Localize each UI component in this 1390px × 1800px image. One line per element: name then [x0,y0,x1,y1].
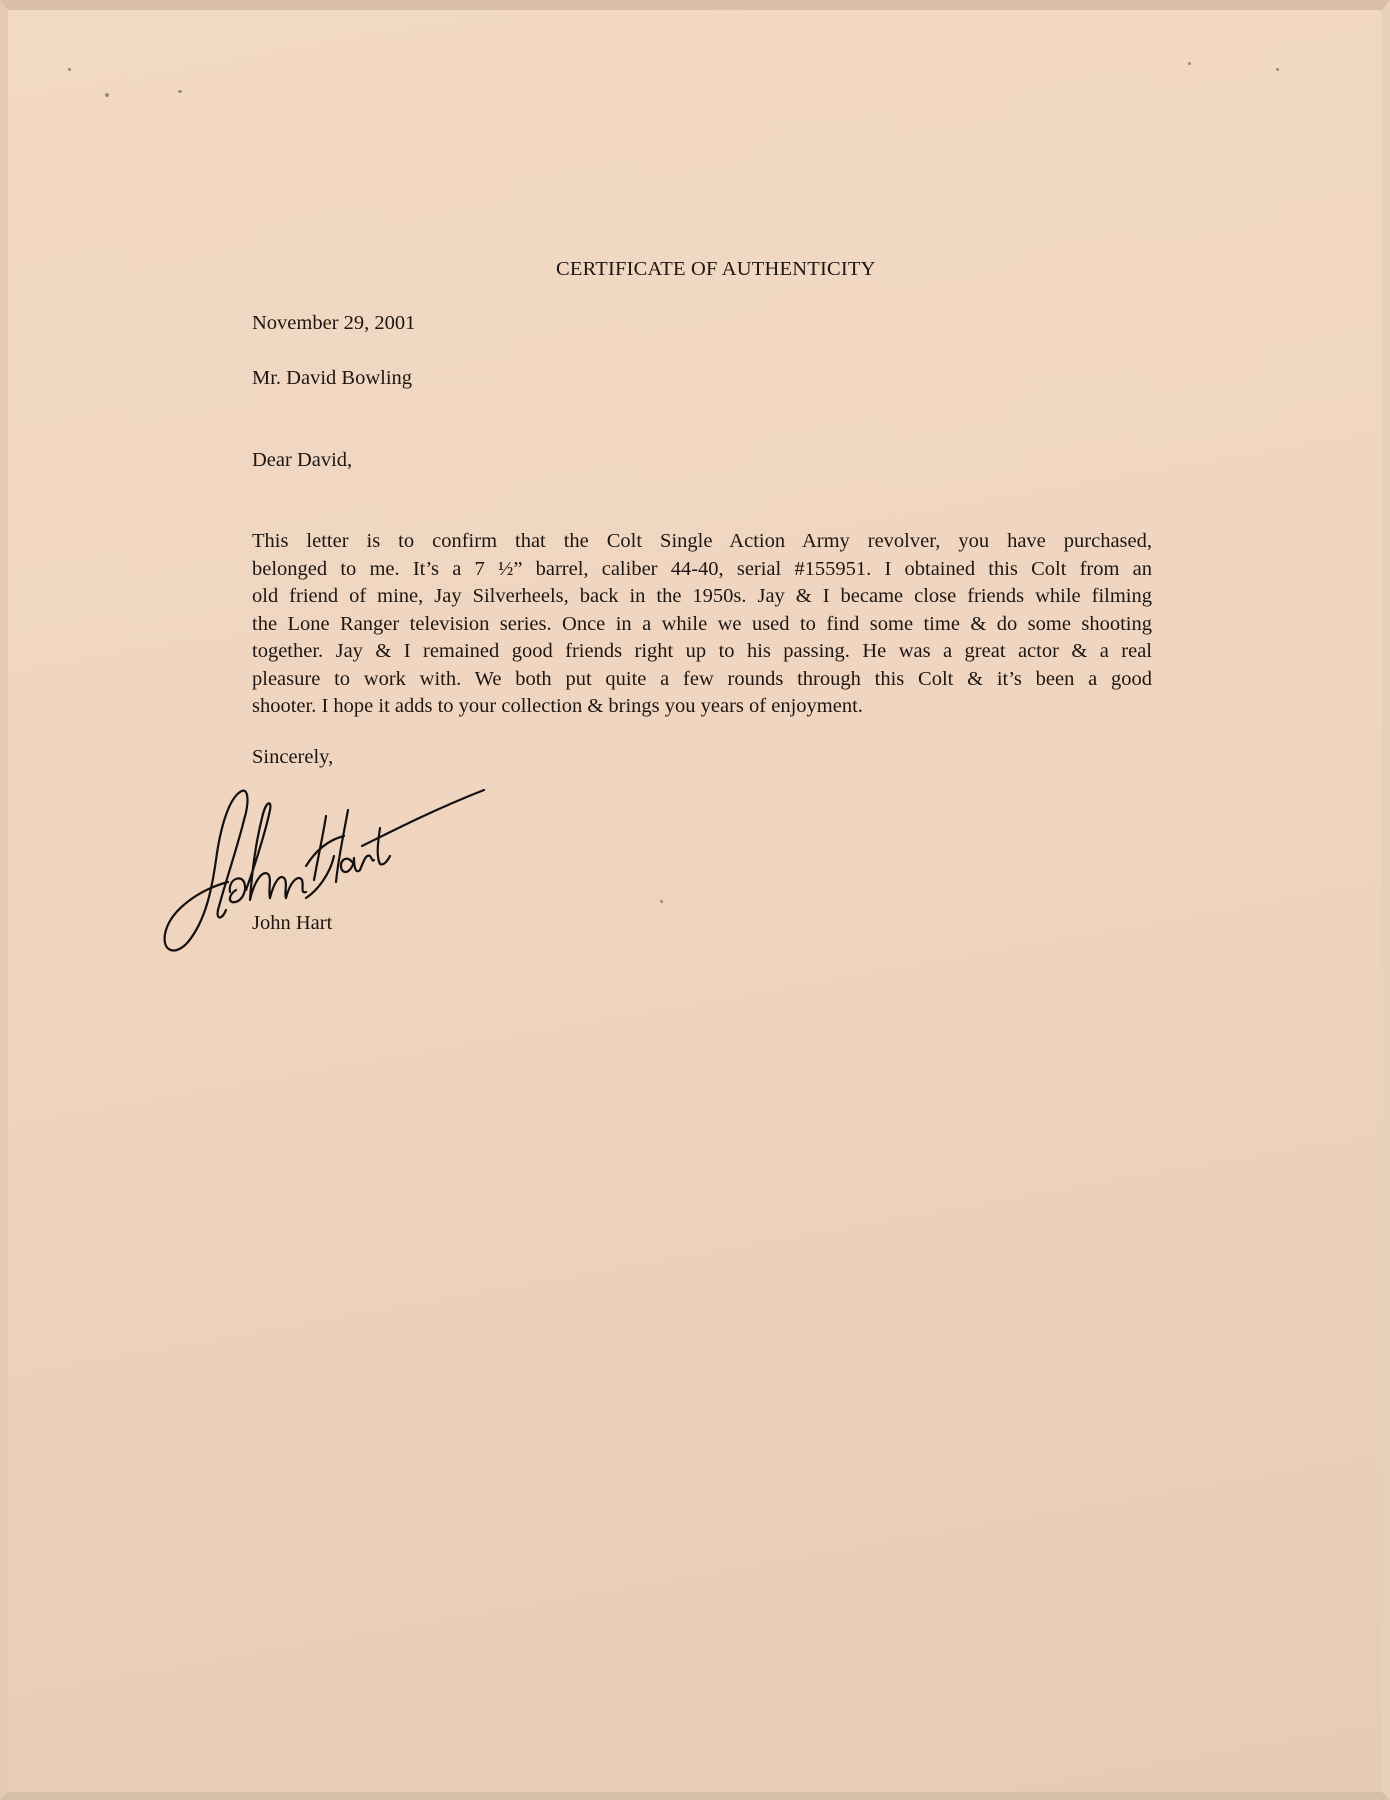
salutation: Dear David, [252,447,352,474]
document-title: CERTIFICATE OF AUTHENTICITY [556,256,876,283]
paper-speck [1188,62,1191,65]
body-line: together. Jay & I remained good friends … [252,638,1152,666]
paper-speck [68,68,71,71]
body-line: the Lone Ranger television series. Once … [252,611,1152,639]
printed-name: John Hart [252,910,332,937]
paper-speck [1276,68,1279,71]
letter-body: This letter is to confirm that the Colt … [252,528,1152,721]
recipient-name: Mr. David Bowling [252,365,412,392]
body-line: belonged to me. It’s a 7 ½” barrel, cali… [252,556,1152,584]
body-line: pleasure to work with. We both put quite… [252,666,1152,694]
closing: Sincerely, [252,744,333,771]
paper-speck [660,900,663,903]
body-line: shooter. I hope it adds to your collecti… [252,693,1152,721]
letter-page: CERTIFICATE OF AUTHENTICITY November 29,… [0,0,1390,1800]
letter-date: November 29, 2001 [252,310,415,337]
paper-speck [105,93,109,97]
paper-speck [178,90,182,93]
body-line: This letter is to confirm that the Colt … [252,528,1152,556]
body-line: old friend of mine, Jay Silverheels, bac… [252,583,1152,611]
